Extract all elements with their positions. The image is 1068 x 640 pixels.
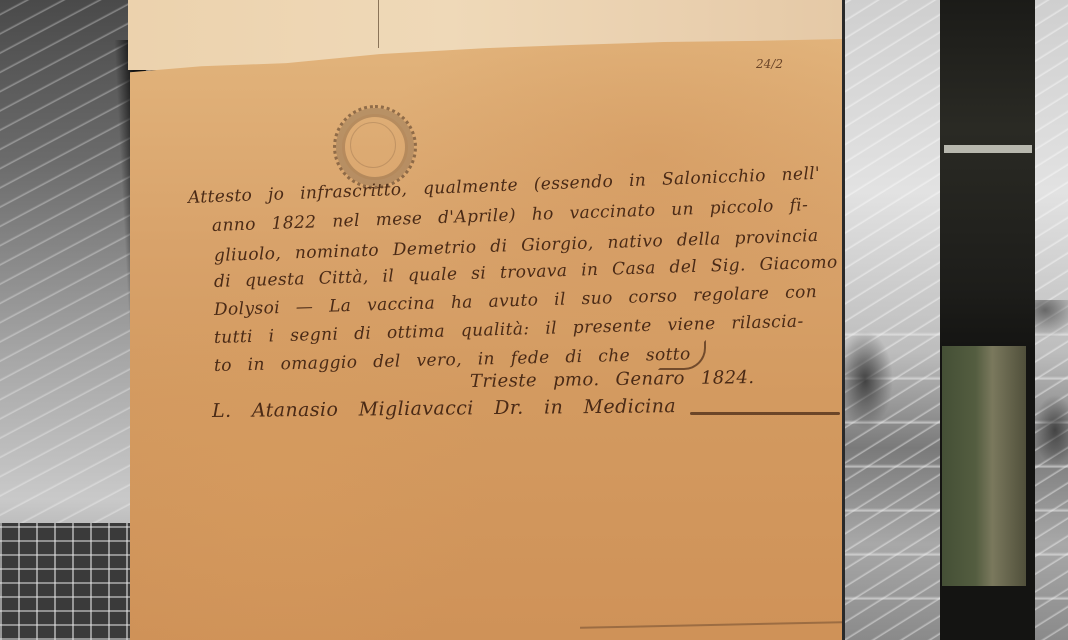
place-and-date: Trieste pmo. Genaro 1824. [470, 367, 755, 392]
exhibit-photo: 24/2 Attesto jo infrascritto, qualmente … [0, 0, 1068, 640]
signature-flourish [690, 412, 840, 415]
panel-greenish-section [942, 346, 1026, 586]
mat-fold-line [378, 0, 379, 48]
background-grid-pattern [0, 523, 150, 640]
seal-inner-ring [350, 122, 396, 168]
archive-number: 24/2 [756, 57, 783, 71]
panel-divider-bar [944, 145, 1032, 153]
seal-stamp-icon [333, 105, 417, 189]
